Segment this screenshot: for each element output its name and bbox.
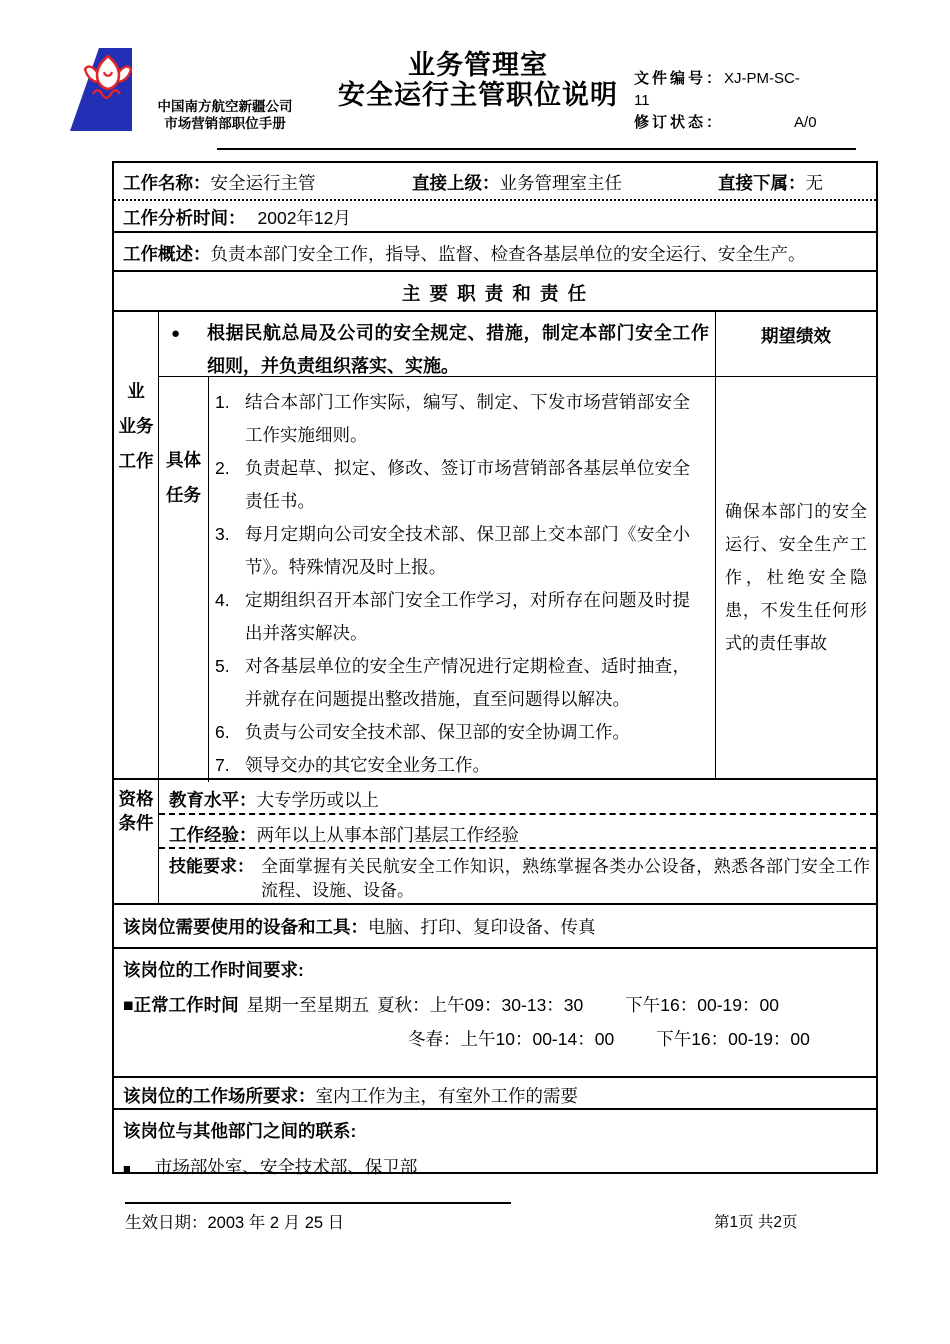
job-summary-value: 负责本部门安全工作，指导、监督、检查各基层单位的安全运行、安全生产。 <box>211 244 806 264</box>
task-item: 3.每月定期向公司安全技术部、保卫部上交本部门《安全小节》。特殊情况及时上报。 <box>211 518 715 584</box>
summer-am-time: 上午09：30-13：30 <box>430 995 584 1015</box>
education-value: 大专学历或以上 <box>257 790 380 810</box>
skills-row: 技能要求：全面掌握有关民航安全工作知识，熟练掌握各类办公设备，熟悉各部门安全工作… <box>159 849 876 903</box>
winter-am-time: 上午10：00-14：00 <box>461 1029 615 1049</box>
job-description-page: { "header": { "logo": { "fin_color": "#2… <box>0 0 950 1344</box>
workplace-row: 该岗位的工作场所要求：室内工作为主，有室外工作的需要 <box>114 1078 876 1110</box>
duties-section-header: 主 要 职 责 和 责 任 <box>114 272 876 312</box>
header-divider <box>217 148 856 150</box>
work-time-summer-line: ■正常工作时间星期一至星期五夏秋：上午09：30-13：30下午16：00-19… <box>123 992 870 1019</box>
work-time-heading: 该岗位的工作时间要求: <box>123 957 870 984</box>
summer-pm-time: 下午16：00-19：00 <box>625 995 779 1015</box>
direct-superior-label: 直接上级： <box>412 173 500 193</box>
china-southern-airlines-logo <box>60 45 136 138</box>
expected-performance-column: 期望绩效 确保本部门的安全运行、安全生产工作，杜绝安全隐患，不发生任何形式的责任… <box>716 312 876 778</box>
relations-section: 该岗位与其他部门之间的联系: ■市场部处室、安全技术部、保卫部 <box>114 1110 876 1172</box>
analysis-date-row: 工作分析时间：2002年12月 <box>114 201 876 233</box>
revision-label: 修订状态： <box>634 114 724 131</box>
task-item: 5.对各基层单位的安全生产情况进行定期检查、适时抽查，并就存在问题提出整改措施，… <box>211 650 715 716</box>
direct-subordinate-value: 无 <box>806 173 824 193</box>
equipment-label: 该岗位需要使用的设备和工具： <box>123 917 368 937</box>
doc-number-wrap: 11 <box>634 90 878 112</box>
job-name-value: 安全运行主管 <box>211 173 316 193</box>
task-item: 1.结合本部门工作实际，编写、制定、下发市场营销部安全工作实施细则。 <box>211 386 715 452</box>
document-meta: 文件编号：XJ-PM-SC- 11 修订状态：A/0 <box>634 68 878 134</box>
specific-tasks-label: 具体 任务 <box>159 377 209 782</box>
duties-middle-column: ● 根据民航总局及公司的安全规定、措施，制定本部门安全工作细则，并负责组织落实、… <box>159 312 716 778</box>
direct-superior-value: 业务管理室主任 <box>500 173 623 193</box>
task-list: 1.结合本部门工作实际，编写、制定、下发市场营销部安全工作实施细则。 2.负责起… <box>209 377 715 782</box>
square-bullet-icon: ■ <box>123 1161 131 1176</box>
document-title-line2: 安全运行主管职位说明 <box>288 80 668 110</box>
primary-duty-text: 根据民航总局及公司的安全规定、措施，制定本部门安全工作细则，并负责组织落实、实施… <box>207 323 709 376</box>
work-time-winter-line: 冬春：上午10：00-14：00下午16：00-19：00 <box>123 1026 870 1053</box>
job-name-group: 工作名称：安全运行主管 <box>123 170 412 199</box>
specific-tasks-area: 具体 任务 1.结合本部门工作实际，编写、制定、下发市场营销部安全工作实施细则。… <box>159 377 715 782</box>
kapok-flower-left-petal <box>85 67 97 82</box>
revision-line: 修订状态：A/0 <box>634 112 878 134</box>
qualifications-section: 资格 条件 教育水平：大专学历或以上 工作经验：两年以上从事本部门基层工作经验 … <box>114 780 876 905</box>
direct-subordinate-label: 直接下属： <box>718 173 806 193</box>
business-work-label: 业 业务 工作 <box>114 312 159 778</box>
relations-value: 市场部处室、安全技术部、保卫部 <box>155 1157 418 1177</box>
task-item: 4.定期组织召开本部门安全工作学习，对所存在问题及时提出并落实解决。 <box>211 584 715 650</box>
company-name: 中国南方航空新疆公司 市场营销部职位手册 <box>148 98 302 132</box>
duties-section: 业 业务 工作 ● 根据民航总局及公司的安全规定、措施，制定本部门安全工作细则，… <box>114 312 876 780</box>
direct-superior-group: 直接上级：业务管理室主任 <box>412 170 718 199</box>
winter-label: 冬春： <box>408 1029 461 1049</box>
tail-fin-shape <box>70 48 132 131</box>
task-item: 2.负责起草、拟定、修改、签订市场营销部各基层单位安全责任书。 <box>211 452 715 518</box>
workplace-label: 该岗位的工作场所要求： <box>123 1086 316 1106</box>
qualification-rows: 教育水平：大专学历或以上 工作经验：两年以上从事本部门基层工作经验 技能要求：全… <box>159 780 876 903</box>
workplace-value: 室内工作为主，有室外工作的需要 <box>316 1086 579 1106</box>
experience-value: 两年以上从事本部门基层工作经验 <box>257 825 520 845</box>
qualifications-label: 资格 条件 <box>114 780 159 903</box>
analysis-date-value: 2002年12月 <box>258 208 351 228</box>
expected-performance-text: 确保本部门的安全运行、安全生产工作，杜绝安全隐患，不发生任何形式的责任事故 <box>716 377 876 778</box>
company-name-line1: 中国南方航空新疆公司 <box>148 98 302 115</box>
task-item: 7.领导交办的其它安全业务工作。 <box>211 749 715 782</box>
skills-label: 技能要求： <box>169 855 261 903</box>
expected-performance-header: 期望绩效 <box>716 312 876 377</box>
relations-heading: 该岗位与其他部门之间的联系: <box>123 1118 870 1143</box>
equipment-value: 电脑、打印、复印设备、传真 <box>368 917 596 937</box>
job-title-row: 工作名称：安全运行主管 直接上级：业务管理室主任 直接下属：无 <box>114 163 876 201</box>
job-summary-label: 工作概述： <box>123 244 211 264</box>
doc-number-value: XJ-PM-SC- <box>724 70 800 87</box>
task-item: 6.负责与公司安全技术部、保卫部的安全协调工作。 <box>211 716 715 749</box>
page-number: 第1页 共2页 <box>714 1210 798 1232</box>
primary-duty-row: ● 根据民航总局及公司的安全规定、措施，制定本部门安全工作细则，并负责组织落实、… <box>159 312 715 377</box>
doc-number-line: 文件编号：XJ-PM-SC- <box>634 68 878 90</box>
document-title: 业务管理室 安全运行主管职位说明 <box>288 50 668 110</box>
education-row: 教育水平：大专学历或以上 <box>159 780 876 815</box>
company-name-line2: 市场营销部职位手册 <box>148 115 302 132</box>
document-title-line1: 业务管理室 <box>288 50 668 80</box>
relations-line: ■市场部处室、安全技术部、保卫部 <box>123 1154 870 1179</box>
experience-label: 工作经验： <box>169 825 257 845</box>
equipment-row: 该岗位需要使用的设备和工具：电脑、打印、复印设备、传真 <box>114 905 876 949</box>
summer-label: 夏秋： <box>377 995 430 1015</box>
job-description-table: 工作名称：安全运行主管 直接上级：业务管理室主任 直接下属：无 工作分析时间：2… <box>112 161 878 1174</box>
effective-date: 生效日期：2003 年 2 月 25 日 <box>125 1209 344 1233</box>
work-days: 星期一至星期五 <box>247 995 370 1015</box>
direct-subordinate-group: 直接下属：无 <box>718 170 870 199</box>
skills-value: 全面掌握有关民航安全工作知识，熟练掌握各类办公设备，熟悉各部门安全工作流程、设施… <box>261 855 870 903</box>
revision-value: A/0 <box>794 114 817 131</box>
education-label: 教育水平： <box>169 790 257 810</box>
normal-work-time-label: ■正常工作时间 <box>123 995 239 1015</box>
footer-divider <box>125 1202 511 1204</box>
job-summary-row: 工作概述：负责本部门安全工作，指导、监督、检查各基层单位的安全运行、安全生产。 <box>114 233 876 272</box>
bullet-dot-icon: ● <box>171 317 180 350</box>
experience-row: 工作经验：两年以上从事本部门基层工作经验 <box>159 815 876 849</box>
analysis-date-label: 工作分析时间： <box>123 208 246 228</box>
work-time-section: 该岗位的工作时间要求: ■正常工作时间星期一至星期五夏秋：上午09：30-13：… <box>114 949 876 1078</box>
doc-number-label: 文件编号： <box>634 70 724 87</box>
winter-pm-time: 下午16：00-19：00 <box>656 1029 810 1049</box>
job-name-label: 工作名称： <box>123 173 211 193</box>
